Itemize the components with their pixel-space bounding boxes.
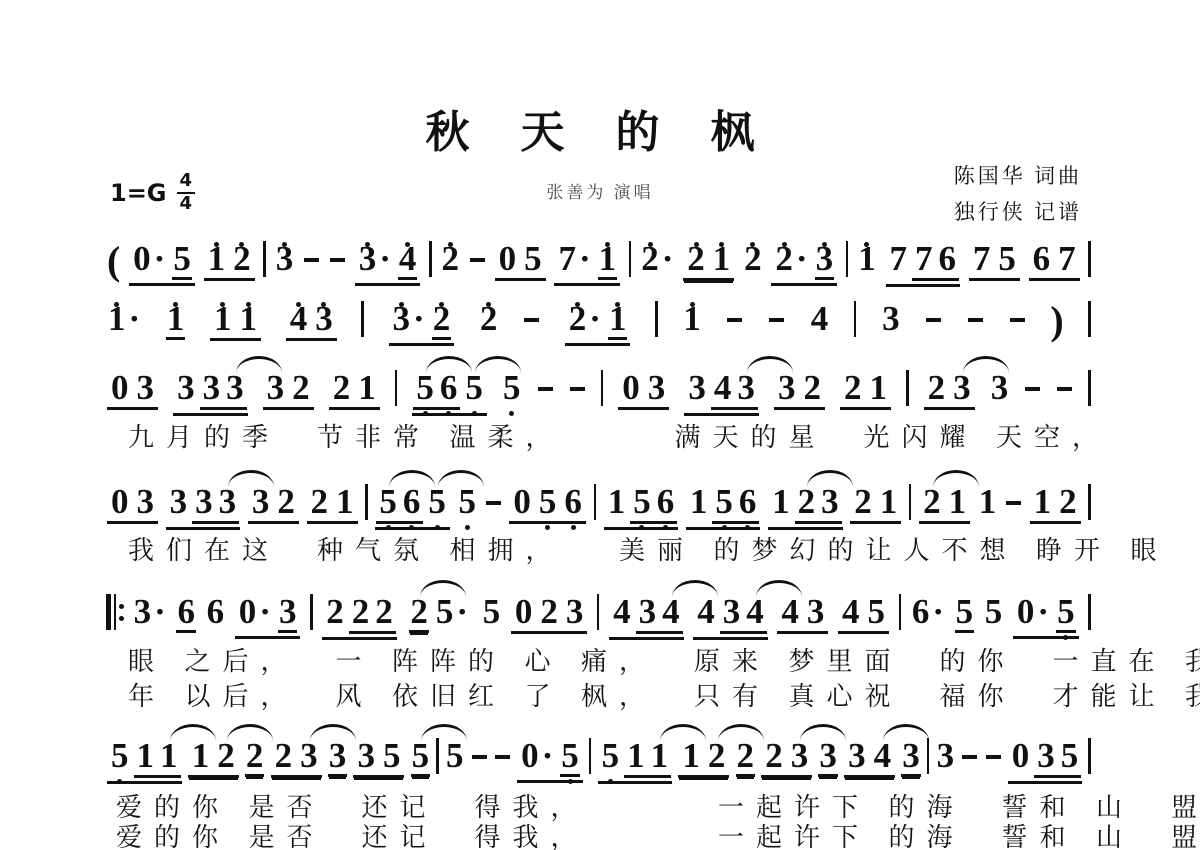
note-digit: 5: [561, 740, 579, 772]
note-stack: 5: [459, 486, 477, 518]
note-stack: 2: [1059, 486, 1077, 518]
octave-down-dot: [459, 519, 477, 530]
note-digit: 2: [540, 596, 558, 628]
beam-group: 123: [768, 486, 843, 530]
transcriber-credit: 独行侠 记谱: [954, 194, 1082, 230]
octave-down-dot: [465, 405, 483, 416]
barline: [906, 370, 909, 406]
note-stack: 3: [737, 372, 755, 404]
octave-down-dot: [561, 773, 579, 784]
barline: [629, 241, 632, 277]
barline: [594, 484, 597, 520]
augmentation-dot: ·: [453, 596, 468, 628]
note-stack: 2: [277, 486, 295, 518]
note: 2: [332, 372, 352, 404]
beam-group: 035: [1008, 740, 1083, 784]
note: 2: [232, 243, 252, 275]
note-stack: 3: [359, 243, 377, 275]
beam-group: 0·5: [129, 243, 195, 286]
note-digit: 5: [503, 372, 521, 404]
note-stack: 1: [690, 486, 708, 518]
note-stack: 2: [217, 740, 235, 772]
note-stack: 3: [821, 486, 839, 518]
note-stack: 5: [998, 243, 1016, 275]
note-stack: 1: [713, 243, 731, 275]
note-digit: 0: [133, 243, 151, 275]
beam-group: 03: [107, 486, 158, 524]
note: 1: [771, 486, 791, 518]
note-digit: 5: [998, 243, 1016, 275]
barline: [429, 241, 432, 277]
note-digit: 0: [499, 243, 517, 275]
beam-group: 43: [777, 596, 828, 634]
note: 3: [736, 372, 756, 404]
note-digit: 2: [708, 740, 726, 772]
note-stack: 3: [882, 303, 900, 335]
note-digit: 0: [111, 486, 129, 518]
note-stack: 3: [639, 596, 657, 628]
note-digit: 3: [226, 372, 244, 404]
note-digit: 3: [902, 740, 920, 772]
note-digit: 3: [821, 486, 839, 518]
note-digit: 3: [357, 740, 375, 772]
note: 2: [432, 303, 452, 340]
octave-up-dot: [399, 236, 417, 247]
note-stack: 1: [160, 740, 178, 772]
beam-group: 33: [192, 486, 239, 524]
note-digit: 5: [446, 740, 464, 772]
beam-group: 156: [686, 486, 761, 530]
barline: [597, 594, 600, 630]
note-digit: 6: [939, 243, 957, 275]
note-stack: 3: [329, 740, 347, 772]
note: 1: [948, 486, 968, 518]
octave-down-dot: [379, 519, 397, 530]
note: 6: [656, 486, 676, 518]
note-stack: 3: [252, 486, 270, 518]
note-stack: 6: [657, 486, 675, 518]
note-digit: 5: [111, 740, 129, 772]
music-line-5: 3·660·322225·502343443443456·550·5: [106, 596, 1092, 640]
note-stack: 5: [483, 596, 501, 628]
note-digit: 5: [715, 486, 733, 518]
lyrics-line-5-verse-1: 眼 之后， 一 阵阵的 心 痛， 原来 梦里面 的你 一直在 我 身后。 亲: [128, 641, 1200, 678]
beam-group: 434: [693, 596, 768, 640]
note-digit: 5: [1057, 596, 1075, 628]
barline: [310, 594, 313, 630]
note-digit: 4: [697, 596, 715, 628]
note: 0: [514, 596, 534, 628]
note-stack: 2: [569, 303, 587, 335]
note-digit: 7: [973, 243, 991, 275]
beam-group: 511: [107, 740, 182, 784]
note: 6: [206, 596, 226, 628]
note: 2: [927, 372, 947, 404]
note-digit: 3: [807, 596, 825, 628]
note-stack: 1: [858, 243, 876, 275]
note-digit: 3: [1037, 740, 1055, 772]
note: 2: [245, 740, 265, 777]
barline: [436, 738, 439, 774]
beam-group: 43: [711, 372, 758, 410]
note-stack: 5: [465, 372, 483, 404]
note-digit: 2: [844, 372, 862, 404]
note-stack: 5: [173, 243, 191, 275]
duration-dash: [1024, 372, 1041, 404]
barline: [1088, 484, 1091, 520]
song-title: 秋 天 的 枫: [0, 96, 1200, 160]
augmentation-dot: ·: [126, 303, 141, 335]
note-stack: 0: [111, 486, 129, 518]
note: 0: [621, 372, 641, 404]
note-stack: 5: [503, 372, 521, 404]
beam-group: 023: [511, 596, 588, 634]
beam-group: 23: [795, 486, 842, 524]
note-stack: 2: [540, 596, 558, 628]
note: 4: [841, 596, 861, 628]
note: 5: [984, 596, 1004, 628]
note: 5·: [435, 596, 469, 628]
note: 3: [936, 740, 956, 772]
beam-group: 21: [850, 486, 901, 524]
note-digit: 6: [912, 596, 930, 628]
note: 1: [869, 372, 889, 404]
note-digit: 5: [459, 486, 477, 518]
octave-up-dot: [315, 296, 333, 307]
barline: [1088, 594, 1091, 630]
note-stack: 1: [167, 303, 185, 335]
duration-dash: [1005, 486, 1022, 518]
music-line-4: 03333322156550561561561232121112: [106, 486, 1092, 530]
note-digit: 7: [890, 243, 908, 275]
note: 5: [560, 740, 580, 777]
octave-down-dot: [602, 773, 620, 784]
beam-group: 11: [134, 740, 181, 778]
note-stack: 3: [953, 372, 971, 404]
note-digit: 2: [292, 372, 310, 404]
note-stack: 3: [267, 372, 285, 404]
beam-group: 0·5: [517, 740, 583, 783]
note: 5: [1060, 740, 1080, 772]
note-digit: 3: [315, 303, 333, 335]
beam-group: 565: [412, 372, 487, 416]
note-digit: 4: [662, 596, 680, 628]
beam-group: 32: [774, 372, 825, 410]
meter-numerator: 4: [177, 172, 196, 194]
duration-dash: [925, 303, 942, 335]
note-digit: 3: [882, 303, 900, 335]
note: 1: [857, 243, 877, 275]
note-stack: 6: [1033, 243, 1051, 275]
note-stack: 1: [627, 740, 645, 772]
note-digit: 2: [775, 243, 793, 275]
beam-group: 3·2: [389, 303, 455, 346]
note-digit: 2: [326, 596, 344, 628]
note-stack: 2: [433, 303, 451, 335]
note-digit: 6: [403, 486, 421, 518]
barline: [361, 301, 364, 337]
note: 7: [914, 243, 934, 275]
note: 2: [1058, 486, 1078, 518]
note-digit: 4: [746, 596, 764, 628]
note-digit: 4: [781, 596, 799, 628]
note-digit: 5: [956, 596, 974, 628]
octave-up-dot: [442, 236, 460, 247]
note-stack: 6: [177, 596, 195, 628]
note: 3: [314, 303, 334, 335]
note-digit: 1: [167, 303, 185, 335]
note-stack: 7: [973, 243, 991, 275]
note-digit: 1: [627, 740, 645, 772]
octave-up-dot: [744, 236, 762, 247]
note: 1: [159, 740, 179, 772]
lyrics-line-3: 九月的季 节非常 温柔， 满天的星 光闪耀 天空，: [128, 417, 1110, 454]
augmentation-dot: ·: [576, 243, 591, 275]
note-digit: 5: [379, 486, 397, 518]
note-stack: 5: [602, 740, 620, 772]
note-stack: 3: [137, 486, 155, 518]
note: 3: [722, 596, 742, 628]
note-stack: 1: [683, 303, 701, 335]
note-stack: 5: [561, 740, 579, 772]
note: 1: [712, 243, 732, 275]
note: 4: [745, 596, 765, 628]
note-digit: 2: [410, 596, 428, 628]
beam-group: 2·3: [771, 243, 837, 286]
beam-group: 12: [188, 740, 239, 778]
note-stack: 2: [246, 740, 264, 772]
note-digit: 0: [1017, 596, 1035, 628]
note: 3: [299, 740, 319, 772]
note: 0: [512, 486, 532, 518]
note: 3: [565, 596, 585, 628]
note-digit: 0: [513, 486, 531, 518]
note-stack: 2: [311, 486, 329, 518]
beam-group: 21: [307, 486, 358, 524]
note-stack: 5: [428, 486, 446, 518]
duration-dash: [303, 243, 320, 275]
note-digit: 3: [137, 486, 155, 518]
note: 3: [136, 486, 156, 518]
note-digit: 3: [219, 486, 237, 518]
beam-group: 22: [349, 596, 396, 634]
note-digit: 1: [858, 243, 876, 275]
barline: [1088, 301, 1091, 337]
note-stack: 5: [379, 486, 397, 518]
meter-denominator: 4: [177, 194, 196, 214]
barline: [909, 484, 912, 520]
duration-dash: [726, 303, 743, 335]
note: 2: [479, 303, 499, 335]
beam-group: 34: [844, 740, 895, 778]
note: 7: [889, 243, 909, 275]
augmentation-dot: ·: [793, 243, 808, 275]
beam-group: 34: [636, 596, 683, 634]
barline: [846, 241, 849, 277]
note-digit: 2: [246, 740, 264, 772]
note: 1: [682, 303, 702, 335]
note: 0: [110, 372, 130, 404]
octave-up-dot: [816, 236, 834, 247]
note-digit: 2: [687, 243, 705, 275]
note-stack: 7: [558, 243, 576, 275]
note-stack: 1: [214, 303, 232, 335]
note-digit: 1: [870, 372, 888, 404]
note: 2: [409, 596, 429, 633]
note: 2: [707, 740, 727, 772]
note-stack: 1: [137, 740, 155, 772]
note: 0·: [132, 243, 166, 275]
note-digit: 0: [622, 372, 640, 404]
note-stack: 3: [357, 740, 375, 772]
note-digit: 3: [203, 372, 221, 404]
note: 3: [815, 243, 835, 280]
note: 6: [563, 486, 583, 518]
augmentation-dot: ·: [410, 303, 425, 335]
note: 2: [743, 243, 763, 275]
note: 3: [990, 372, 1010, 404]
beam-group: 33: [200, 372, 247, 410]
note-digit: 6: [177, 596, 195, 628]
note: 1: [598, 243, 618, 280]
beam-group: 23: [924, 372, 975, 410]
note-digit: 2: [1059, 486, 1077, 518]
note: 5: [502, 372, 522, 404]
note: 3: [194, 486, 214, 518]
beam-group: 7·1: [554, 243, 620, 286]
note-stack: 1: [772, 486, 790, 518]
beam-group: 11: [624, 740, 671, 778]
note-stack: 6: [739, 486, 757, 518]
note-digit: 0: [111, 372, 129, 404]
note-stack: 2: [923, 486, 941, 518]
note-digit: 3: [276, 243, 294, 275]
barline: [589, 738, 592, 774]
beam-group: 32: [263, 372, 314, 410]
note-stack: 0: [513, 486, 531, 518]
note-stack: 4: [746, 596, 764, 628]
note-digit: 4: [874, 740, 892, 772]
note: 3: [790, 740, 810, 772]
note-stack: 5: [868, 596, 886, 628]
beam-group: 56: [413, 372, 460, 410]
note: 5: [445, 740, 465, 772]
note-digit: 5: [539, 486, 557, 518]
note: 0: [1011, 740, 1031, 772]
barline: [263, 241, 266, 277]
note-stack: 0: [133, 243, 151, 275]
barline: [655, 301, 658, 337]
note-stack: 5: [956, 596, 974, 628]
repeat-dot: [119, 604, 124, 609]
beam-group: 511: [598, 740, 673, 784]
note-stack: 2: [844, 372, 862, 404]
note-stack: 0: [239, 596, 257, 628]
note: 1: [1033, 486, 1053, 518]
note-digit: 3: [177, 372, 195, 404]
note: 3: [176, 372, 196, 404]
note: 2: [351, 596, 371, 628]
note: 2: [797, 486, 817, 518]
note-stack: 3: [134, 596, 152, 628]
note: 3: [647, 372, 667, 404]
note: 3: [806, 596, 826, 628]
note-stack: 2: [744, 243, 762, 275]
note-digit: 3: [134, 596, 152, 628]
note-digit: 3: [267, 372, 285, 404]
note: 1·: [107, 303, 141, 335]
note-digit: 7: [915, 243, 933, 275]
note-stack: 1: [682, 740, 700, 772]
note-digit: 6: [739, 486, 757, 518]
beam-group: 35: [1034, 740, 1081, 778]
note: 2: [686, 243, 706, 275]
note: 1: [689, 486, 709, 518]
note-digit: 1: [979, 486, 997, 518]
time-signature: 4 4: [177, 172, 196, 214]
note-stack: 3: [315, 303, 333, 335]
note-digit: 5: [1061, 740, 1079, 772]
beam-group: 56: [712, 486, 759, 524]
octave-up-dot: [233, 236, 251, 247]
note-digit: 3: [393, 303, 411, 335]
beam-group: 333: [173, 372, 248, 416]
note-digit: 2: [217, 740, 235, 772]
beam-group: 21: [329, 372, 380, 410]
note: 3: [847, 740, 867, 772]
note-stack: 4: [811, 303, 829, 335]
note-digit: 3: [566, 596, 584, 628]
note: 3: [901, 740, 921, 777]
note: 5: [110, 740, 130, 772]
beam-group: 25·: [406, 596, 472, 633]
note-digit: 2: [433, 303, 451, 335]
note-stack: 2: [641, 243, 659, 275]
barline: [927, 738, 930, 774]
note-digit: 1: [599, 243, 617, 275]
note-stack: 3: [276, 243, 294, 275]
note: 5: [415, 372, 435, 404]
note: 3·: [133, 596, 167, 628]
note: 2·: [774, 243, 808, 275]
duration-dash: [985, 740, 1002, 772]
beam-group: 12: [204, 243, 255, 281]
note-digit: 3: [329, 740, 347, 772]
note: 4: [661, 596, 681, 628]
note: 3: [818, 740, 838, 777]
note: 0: [110, 486, 130, 518]
note-stack: 5: [524, 243, 542, 275]
note: 3: [278, 596, 298, 633]
octave-down-dot: [739, 519, 757, 530]
note-stack: 5: [383, 740, 401, 772]
note-digit: 5: [602, 740, 620, 772]
octave-down-dot: [633, 519, 651, 530]
note: 1: [626, 740, 646, 772]
note-stack: 3: [137, 372, 155, 404]
note-stack: 4: [842, 596, 860, 628]
note: 2: [843, 372, 863, 404]
note-stack: 5: [1061, 740, 1079, 772]
note: 1: [357, 372, 377, 404]
note-stack: 5: [539, 486, 557, 518]
note: 4: [612, 596, 632, 628]
music-line-6: 51112223335550·55111222333433035: [106, 740, 1092, 784]
beam-group: 34: [720, 596, 767, 634]
octave-down-dot: [416, 405, 434, 416]
composer-credit: 陈国华 词曲: [954, 158, 1082, 194]
augmentation-dot: ·: [539, 740, 554, 772]
